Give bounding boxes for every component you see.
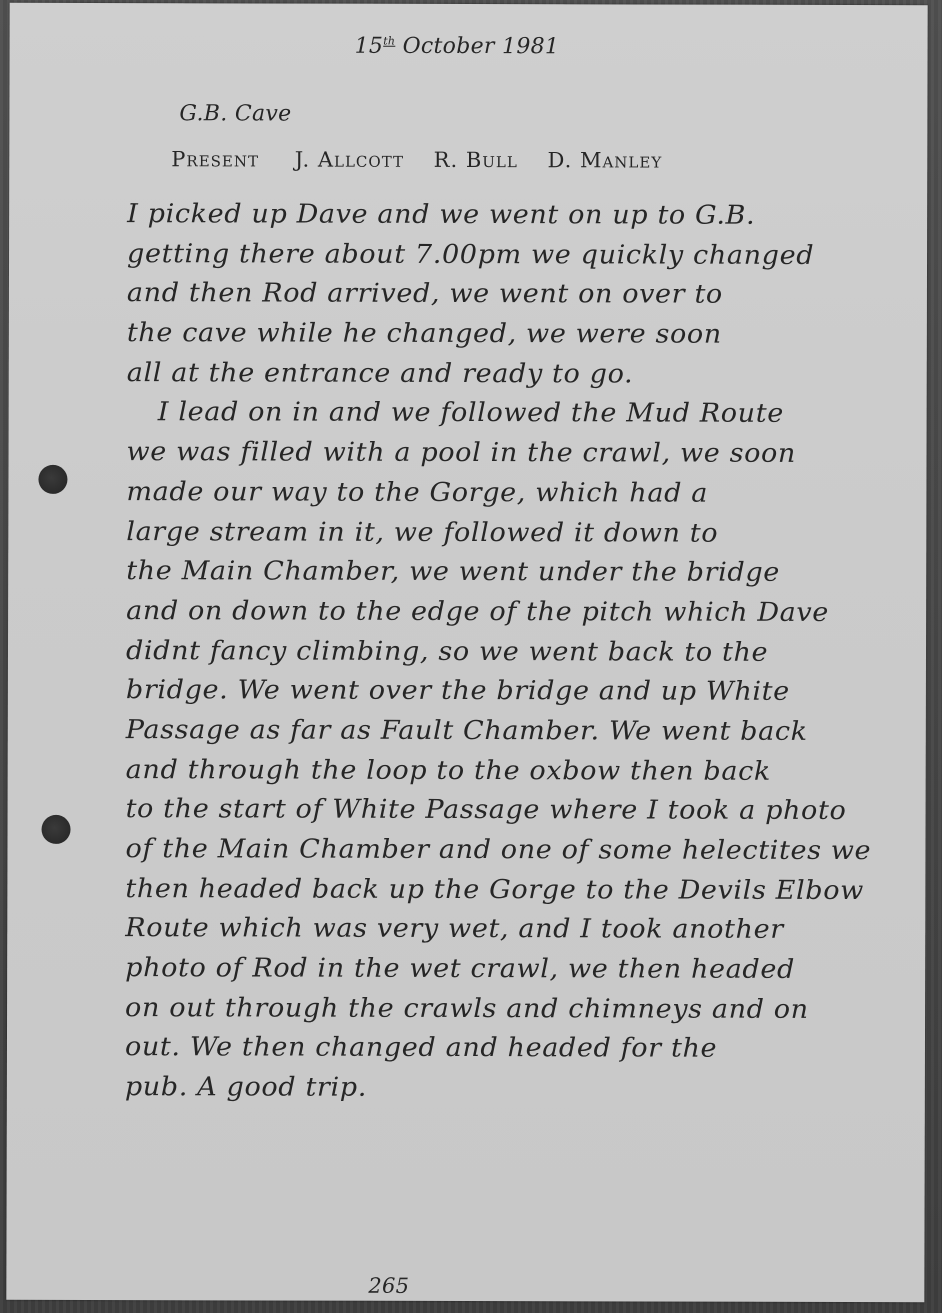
report-line: bridge. We went over the bridge and up W… xyxy=(126,671,942,713)
report-line: large stream in it, we followed it down … xyxy=(126,513,942,555)
report-line: then headed back up the Gorge to the Dev… xyxy=(125,870,942,912)
attendee-name: D. Manley xyxy=(548,148,663,172)
report-line: we was filled with a pool in the crawl, … xyxy=(126,433,942,475)
date-day-suffix: th xyxy=(383,34,395,47)
report-line: the Main Chamber, we went under the brid… xyxy=(126,552,942,594)
report-line: photo of Rod in the wet crawl, we then h… xyxy=(125,949,942,991)
entry-date: 15th October 1981 xyxy=(355,34,560,60)
report-line: on out through the crawls and chimneys a… xyxy=(125,989,942,1031)
report-line: of the Main Chamber and one of some hele… xyxy=(125,830,942,872)
report-line: Route which was very wet, and I took ano… xyxy=(125,909,942,951)
report-line: made our way to the Gorge, which had a xyxy=(126,473,942,515)
report-line: to the start of White Passage where I to… xyxy=(126,790,942,832)
date-month-year: October 1981 xyxy=(403,34,560,59)
page-number: 265 xyxy=(368,1274,409,1298)
report-line: all at the entrance and ready to go. xyxy=(127,354,942,396)
report-line: didnt fancy climbing, so we went back to… xyxy=(126,632,942,674)
report-line: I picked up Dave and we went on up to G.… xyxy=(127,195,942,237)
report-line: I lead on in and we followed the Mud Rou… xyxy=(127,394,942,436)
report-line: getting there about 7.00pm we quickly ch… xyxy=(127,235,942,277)
report-line: and through the loop to the oxbow then b… xyxy=(126,751,942,793)
report-line: pub. A good trip. xyxy=(125,1068,942,1110)
present-label: Present xyxy=(171,147,259,171)
report-line: and then Rod arrived, we went on over to xyxy=(127,274,942,316)
punch-hole-bottom xyxy=(41,815,70,844)
report-line: and on down to the edge of the pitch whi… xyxy=(126,592,942,634)
attendee-name: J. Allcott xyxy=(295,148,404,172)
report-line: Passage as far as Fault Chamber. We went… xyxy=(126,711,942,753)
attendee-name: R. Bull xyxy=(434,148,518,172)
punch-hole-top xyxy=(38,465,67,494)
trip-report: I picked up Dave and we went on up to G.… xyxy=(125,195,927,1110)
date-day: 15 xyxy=(355,34,384,59)
logbook-page: 15th October 1981 G.B. Cave Present J. A… xyxy=(6,3,927,1302)
report-line: the cave while he changed, we were soon xyxy=(127,314,942,356)
report-line: out. We then changed and headed for the xyxy=(125,1029,942,1071)
attendees: Present J. Allcott R. Bull D. Manley xyxy=(171,147,684,172)
cave-name: G.B. Cave xyxy=(179,101,291,126)
